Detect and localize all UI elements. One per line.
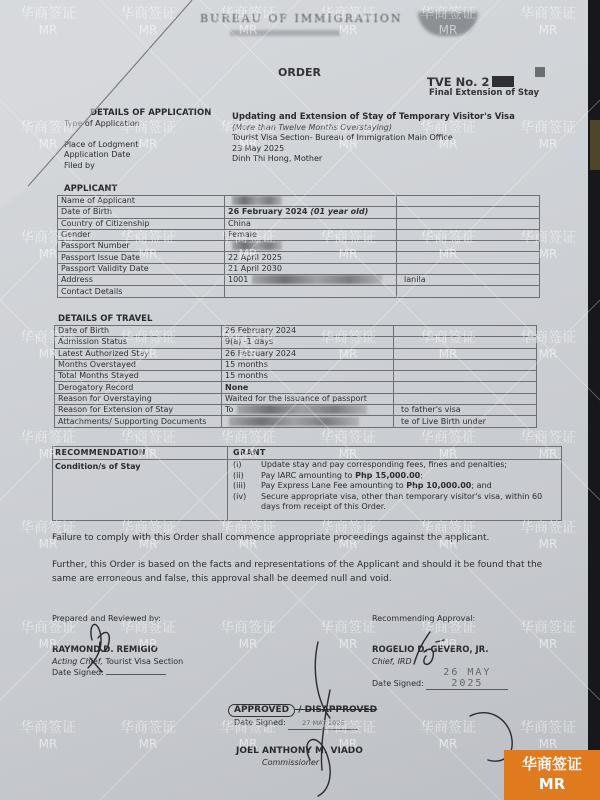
application-type: Updating and Extension of Stay of Tempor… bbox=[232, 112, 515, 123]
redaction bbox=[535, 67, 545, 77]
recommending-date: Date Signed: 26 MAY 2025 bbox=[372, 667, 508, 690]
table-row: Passport Issue Date22 April 2025 bbox=[58, 252, 540, 263]
row-value: 22 April 2025 bbox=[225, 252, 397, 263]
row-value: 21 April 2030 bbox=[225, 263, 397, 274]
prepared-by-block: Prepared and Reviewed by: RAYMOND D. REM… bbox=[52, 613, 183, 678]
tve-number: TVE No. 2 bbox=[427, 75, 514, 89]
table-row: Date of Birth26 February 2024 bbox=[55, 326, 537, 337]
row-value: 26 February 2024 bbox=[222, 326, 394, 337]
row-extension bbox=[397, 252, 540, 263]
redaction bbox=[492, 76, 514, 87]
approval-date: Date Signed: 27 MAY 2025 bbox=[234, 717, 377, 730]
table-row: Months Overstayed15 months bbox=[55, 359, 537, 370]
row-value bbox=[225, 241, 397, 252]
redaction bbox=[229, 417, 359, 426]
row-value: 15 months bbox=[222, 371, 394, 382]
compliance-paragraph: Failure to comply with this Order shall … bbox=[52, 531, 489, 545]
row-label: Months Overstayed bbox=[55, 359, 222, 370]
disapproved-struck: DISAPPROVED bbox=[305, 705, 377, 715]
approved-circled: APPROVED bbox=[228, 704, 295, 717]
condition-item: (i)Update stay and pay corresponding fee… bbox=[233, 460, 555, 471]
table-row: Reason for OverstayingWaited for the iss… bbox=[55, 393, 537, 404]
agency-subheader bbox=[230, 30, 340, 36]
row-label: Latest Authorized Stay bbox=[55, 348, 222, 359]
watermark-badge: 华商签证 MR bbox=[504, 750, 600, 800]
row-label: Derogatory Record bbox=[55, 382, 222, 393]
table-row: Contact Details bbox=[58, 286, 540, 297]
validity-paragraph: Further, this Order is based on the fact… bbox=[52, 558, 560, 586]
travel-table: Date of Birth26 February 2024Admission S… bbox=[54, 325, 537, 428]
row-value bbox=[225, 196, 397, 207]
row-label: Name of Applicant bbox=[58, 196, 225, 207]
row-extension bbox=[394, 371, 537, 382]
table-row: GenderFemale bbox=[58, 229, 540, 240]
recommending-date-value: 26 MAY 2025 bbox=[426, 667, 508, 690]
filed-by: Dinh Thi Hong, Mother bbox=[232, 154, 515, 165]
recommendation-label: RECOMMENDATION bbox=[55, 448, 146, 457]
table-row: Admission Status9(a) -1 days bbox=[55, 337, 537, 348]
redaction bbox=[232, 241, 282, 250]
row-value: 26 February 2024 bbox=[222, 348, 394, 359]
approval-date-value: 27 MAY 2025 bbox=[288, 718, 358, 730]
table-row: Passport Validity Date21 April 2030 bbox=[58, 263, 540, 274]
applicant-heading: APPLICANT bbox=[64, 184, 117, 194]
table-row: Date of Birth26 February 2024 (01 year o… bbox=[58, 207, 540, 218]
application-date: 23 May 2025 bbox=[232, 144, 515, 155]
row-label: Address bbox=[58, 275, 225, 286]
row-label: Passport Issue Date bbox=[58, 252, 225, 263]
table-row: Address1001lanila bbox=[58, 275, 540, 286]
label-type: Type of Application bbox=[64, 119, 140, 130]
table-row: Attachments/ Supporting Documentste of L… bbox=[55, 416, 537, 427]
row-label: Passport Number bbox=[58, 241, 225, 252]
row-label: Reason for Extension of Stay bbox=[55, 405, 222, 416]
tve-label: TVE No. 2 bbox=[427, 75, 490, 89]
row-label: Date of Birth bbox=[58, 207, 225, 218]
row-value bbox=[225, 286, 397, 297]
conditions-label: Condition/s of Stay bbox=[55, 462, 140, 471]
row-value: 1001 bbox=[225, 275, 397, 286]
conditions-list: (i)Update stay and pay corresponding fee… bbox=[233, 460, 555, 513]
row-label: Reason for Overstaying bbox=[55, 393, 222, 404]
row-label: Country of Citizenship bbox=[58, 218, 225, 229]
extension-type: Final Extension of Stay bbox=[429, 88, 539, 98]
prepared-date: Date Signed: bbox=[52, 667, 183, 678]
travel-heading: DETAILS OF TRAVEL bbox=[58, 314, 152, 324]
row-extension bbox=[397, 218, 540, 229]
row-value: Female bbox=[225, 229, 397, 240]
row-label: Total Months Stayed bbox=[55, 371, 222, 382]
approval-role: Commissioner bbox=[262, 757, 377, 768]
condition-item: (ii)Pay IARC amounting to Php 15,000.00; bbox=[233, 471, 555, 482]
label-app-date: Application Date bbox=[64, 150, 140, 161]
row-extension bbox=[394, 326, 537, 337]
applicant-table: Name of ApplicantDate of Birth26 Februar… bbox=[57, 195, 540, 298]
recommending-role: Chief, IRD bbox=[372, 656, 508, 667]
row-extension bbox=[397, 263, 540, 274]
table-row: Derogatory RecordNone bbox=[55, 382, 537, 393]
application-heading: DETAILS OF APPLICATION bbox=[90, 108, 211, 118]
condition-item: (iii)Pay Express Lane Fee amounting to P… bbox=[233, 481, 555, 492]
recommending-name: ROGELIO D. GEVERO, JR. bbox=[372, 645, 508, 656]
row-value: 15 months bbox=[222, 359, 394, 370]
label-filed-by: Filed by bbox=[64, 161, 140, 172]
row-value: To bbox=[222, 405, 394, 416]
table-row: Total Months Stayed15 months bbox=[55, 371, 537, 382]
prepared-caption: Prepared and Reviewed by: bbox=[52, 613, 183, 624]
badge-sub: MR bbox=[504, 774, 600, 794]
prepared-role: Acting Chief, Tourist Visa Section bbox=[52, 656, 183, 667]
row-label: Date of Birth bbox=[55, 326, 222, 337]
row-extension bbox=[397, 241, 540, 252]
approval-block: APPROVED / DISAPPROVED Date Signed: 27 M… bbox=[228, 704, 377, 768]
row-value: None bbox=[222, 382, 394, 393]
row-label: Attachments/ Supporting Documents bbox=[55, 416, 222, 427]
recommendation-box: RECOMMENDATION GRANT Condition/s of Stay… bbox=[52, 446, 562, 521]
row-value: 9(a) -1 days bbox=[222, 337, 394, 348]
row-extension bbox=[397, 196, 540, 207]
row-label: Contact Details bbox=[58, 286, 225, 297]
table-row: Passport Number bbox=[58, 241, 540, 252]
bureau-seal-icon bbox=[418, 12, 478, 36]
prepared-name: RAYMOND D. REMIGIO bbox=[52, 645, 183, 656]
row-value: 26 February 2024 (01 year old) bbox=[225, 207, 397, 218]
row-extension bbox=[394, 382, 537, 393]
row-label: Passport Validity Date bbox=[58, 263, 225, 274]
row-extension bbox=[394, 337, 537, 348]
application-subtype: (More than Twelve Months Overstaying) bbox=[232, 123, 515, 134]
row-extension bbox=[397, 286, 540, 297]
prepared-date-value bbox=[106, 674, 166, 675]
label-lodgment: Place of Lodgment bbox=[64, 140, 140, 151]
approval-name: JOEL ANTHONY M. VIADO bbox=[236, 746, 377, 757]
redaction bbox=[237, 405, 367, 414]
row-extension bbox=[397, 229, 540, 240]
row-label: Gender bbox=[58, 229, 225, 240]
document-title: ORDER bbox=[278, 66, 321, 79]
table-row: Latest Authorized Stay26 February 2024 bbox=[55, 348, 537, 359]
recommending-block: Recommending Approval: ROGELIO D. GEVERO… bbox=[372, 613, 508, 690]
row-value bbox=[222, 416, 394, 427]
redaction bbox=[232, 196, 282, 205]
badge-text: 华商签证 bbox=[522, 755, 582, 773]
recommending-caption: Recommending Approval: bbox=[372, 613, 508, 624]
approval-status: APPROVED / DISAPPROVED bbox=[228, 704, 377, 717]
row-extension bbox=[397, 207, 540, 218]
table-row: Reason for Extension of StayToto father'… bbox=[55, 405, 537, 416]
table-row: Name of Applicant bbox=[58, 196, 540, 207]
recommendation-value: GRANT bbox=[233, 448, 266, 457]
application-labels: Type of Application Place of Lodgment Ap… bbox=[64, 119, 140, 171]
agency-header: BUREAU OF IMMIGRATION bbox=[200, 12, 402, 25]
condition-item: (iv)Secure appropriate visa, other than … bbox=[233, 492, 555, 513]
row-label: Admission Status bbox=[55, 337, 222, 348]
application-values: Updating and Extension of Stay of Tempor… bbox=[232, 112, 515, 165]
row-extension bbox=[394, 359, 537, 370]
place-of-lodgment: Tourist Visa Section- Bureau of Immigrat… bbox=[232, 133, 515, 144]
row-extension: te of Live Birth under bbox=[394, 416, 537, 427]
row-value: Waited for the issuance of passport bbox=[222, 393, 394, 404]
row-extension bbox=[394, 348, 537, 359]
table-row: Country of CitizenshipChina bbox=[58, 218, 540, 229]
row-extension: lanila bbox=[397, 275, 540, 286]
redaction bbox=[252, 275, 382, 284]
row-extension bbox=[394, 393, 537, 404]
row-value: China bbox=[225, 218, 397, 229]
row-extension: to father's visa bbox=[394, 405, 537, 416]
order-document: BUREAU OF IMMIGRATION ORDER TVE No. 2 Fi… bbox=[0, 0, 588, 800]
